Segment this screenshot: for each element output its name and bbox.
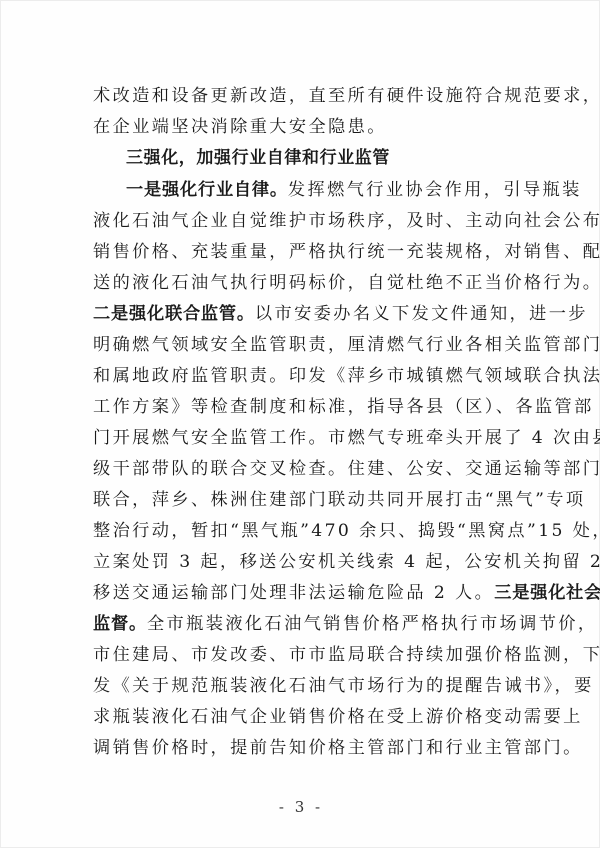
paragraph-line: 联合，萍乡、株洲住建部门联动共同开展打击“黑气”专项	[93, 485, 513, 516]
section-heading: 三强化，加强行业自律和行业监管	[126, 143, 516, 174]
paragraph-line: 移送交通运输部门处理非法运输危险品 2 人。三是强化社会	[93, 578, 513, 609]
line-text: 调销售价格时，提前告知价格主管部门和行业主管部门。	[93, 738, 583, 758]
paragraph-line: 术改造和设备更新改造，直至所有硬件设施符合规范要求，	[93, 81, 513, 112]
line-text: 发挥燃气行业协会作用，引导瓶装	[288, 180, 582, 200]
paragraph-line: 发《关于规范瓶装液化石油气市场行为的提醒告诫书》，要	[93, 671, 513, 702]
paragraph-line: 一是强化行业自律。发挥燃气行业协会作用，引导瓶装	[126, 175, 516, 206]
line-text: 市住建局、市发改委、市市监局联合持续加强价格监测，下	[93, 645, 600, 665]
paragraph-line: 整治行动，暂扣“黑气瓶”470 余只、捣毁“黑窝点”15 处，	[93, 516, 513, 547]
paragraph-line: 销售价格、充装重量，严格执行统一充装规格，对销售、配	[93, 237, 513, 268]
heading-text: 三强化，加强行业自律和行业监管	[126, 148, 390, 168]
line-text: 在企业端坚决消除重大安全隐患。	[93, 117, 387, 137]
line-text: 门开展燃气安全监管工作。市燃气专班牵头开展了 4 次由县	[93, 428, 600, 448]
line-text: 工作方案》等检查制度和标准，指导各县（区）、各监管部	[93, 397, 594, 417]
line-text: 明确燃气领域安全监管职责，厘清燃气行业各相关监管部门	[93, 335, 600, 355]
line-text: 移送交通运输部门处理非法运输危险品 2 人。	[93, 583, 494, 603]
paragraph-line: 监督。全市瓶装液化石油气销售价格严格执行市场调节价，	[93, 609, 513, 640]
page-number: - 3 -	[1, 798, 600, 816]
bold-lead: 一是强化行业自律。	[126, 180, 288, 200]
paragraph-line: 工作方案》等检查制度和标准，指导各县（区）、各监管部	[93, 392, 513, 423]
line-text: 和属地政府监管职责。印发《萍乡市城镇燃气领域联合执法	[93, 366, 600, 386]
paragraph-line: 门开展燃气安全监管工作。市燃气专班牵头开展了 4 次由县	[93, 423, 513, 454]
line-text: 液化石油气企业自觉维护市场秩序，及时、主动向社会公布	[93, 211, 600, 231]
paragraph-line: 液化石油气企业自觉维护市场秩序，及时、主动向社会公布	[93, 206, 513, 237]
bold-lead: 三是强化社会	[494, 583, 600, 603]
line-text: 以市安委办名义下发文件通知，进一步	[255, 304, 588, 324]
paragraph-line: 级干部带队的联合交叉检查。住建、公安、交通运输等部门	[93, 454, 513, 485]
paragraph-line: 市住建局、市发改委、市市监局联合持续加强价格监测，下	[93, 640, 513, 671]
line-text: 送的液化石油气执行明码标价，自觉杜绝不正当价格行为。	[93, 273, 600, 293]
line-text: 联合，萍乡、株洲住建部门联动共同开展打击“黑气”专项	[93, 490, 585, 510]
paragraph-line: 明确燃气领域安全监管职责，厘清燃气行业各相关监管部门	[93, 330, 513, 361]
bold-lead: 二是强化联合监管。	[93, 304, 255, 324]
line-text: 销售价格、充装重量，严格执行统一充装规格，对销售、配	[93, 242, 600, 262]
line-text: 全市瓶装液化石油气销售价格严格执行市场调节价，	[147, 614, 598, 634]
line-text: 整治行动，暂扣“黑气瓶”470 余只、捣毁“黑窝点”15 处，	[93, 521, 600, 541]
line-text: 级干部带队的联合交叉检查。住建、公安、交通运输等部门	[93, 459, 600, 479]
document-page: 术改造和设备更新改造，直至所有硬件设施符合规范要求， 在企业端坚决消除重大安全隐…	[0, 0, 600, 848]
paragraph-line: 二是强化联合监管。以市安委办名义下发文件通知，进一步	[93, 299, 513, 330]
line-text: 求瓶装液化石油气企业销售价格在受上游价格变动需要上	[93, 707, 583, 727]
bold-lead: 监督。	[93, 614, 147, 634]
paragraph-line: 和属地政府监管职责。印发《萍乡市城镇燃气领域联合执法	[93, 361, 513, 392]
paragraph-line: 送的液化石油气执行明码标价，自觉杜绝不正当价格行为。	[93, 268, 513, 299]
line-text: 术改造和设备更新改造，直至所有硬件设施符合规范要求，	[93, 86, 600, 106]
paragraph-line: 求瓶装液化石油气企业销售价格在受上游价格变动需要上	[93, 702, 513, 733]
line-text: 立案处罚 3 起，移送公安机关线索 4 起，公安机关拘留 2 人，	[93, 552, 600, 572]
line-text: 发《关于规范瓶装液化石油气市场行为的提醒告诫书》，要	[93, 676, 594, 696]
paragraph-line: 调销售价格时，提前告知价格主管部门和行业主管部门。	[93, 733, 513, 764]
paragraph-line: 立案处罚 3 起，移送公安机关线索 4 起，公安机关拘留 2 人，	[93, 547, 513, 578]
paragraph-line: 在企业端坚决消除重大安全隐患。	[93, 112, 513, 143]
